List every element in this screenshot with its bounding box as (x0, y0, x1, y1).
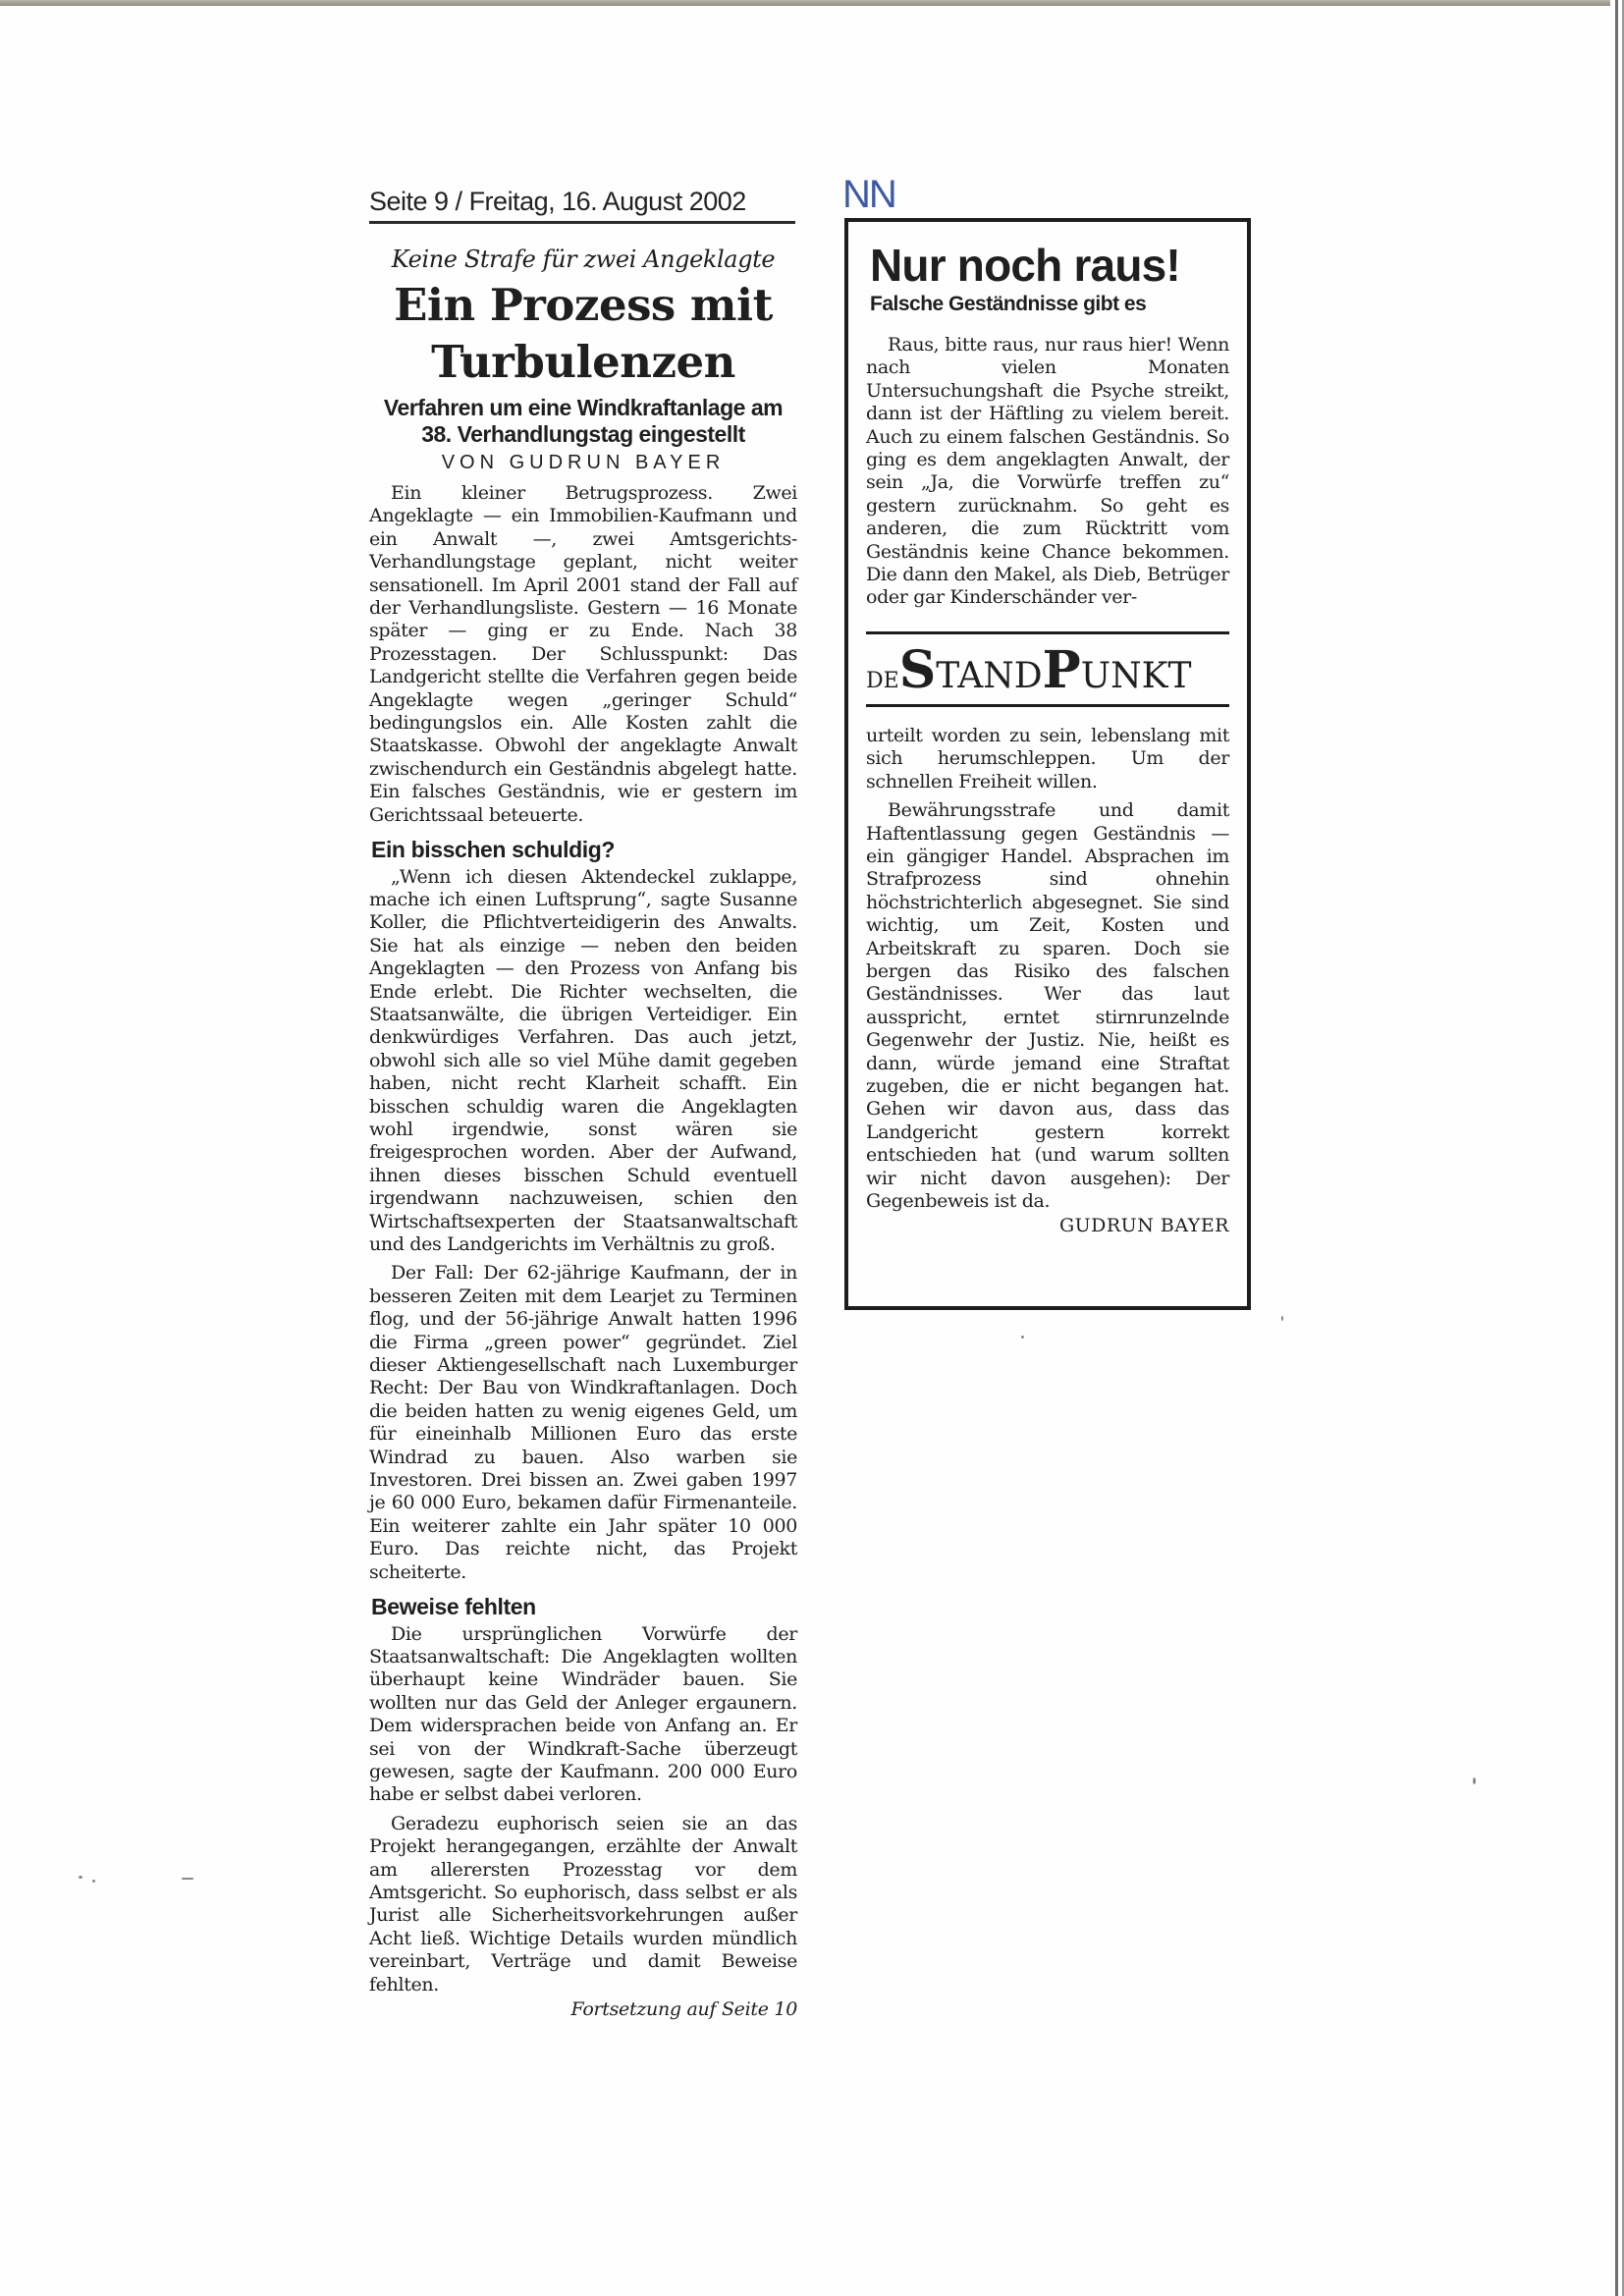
standpunkt-logo: DESTANDPUNKT (866, 631, 1229, 707)
commentary-signature: GUDRUN BAYER (866, 1215, 1229, 1236)
scan-speck (92, 1880, 95, 1883)
paragraph: „Wenn ich diesen Aktendeckel zuklappe, m… (369, 866, 797, 1257)
scan-right-edge (1615, 0, 1618, 2296)
article-kicker: Keine Strafe für zwei Angeklagte (369, 246, 797, 273)
paragraph: urteilt worden zu sein, lebenslang mit s… (866, 725, 1229, 793)
scan-speck (1021, 1336, 1024, 1339)
article-subheadline: Verfahren um eine Windkraftanlage am 38.… (369, 395, 797, 448)
main-article: Seite 9 / Freitag, 16. August 2002 Keine… (369, 187, 797, 2020)
commentary-body-continued: urteilt worden zu sein, lebenslang mit s… (866, 725, 1229, 1214)
paragraph: Raus, bitte raus, nur raus hier! Wenn na… (866, 334, 1229, 610)
paragraph: Die ursprünglichen Vorwürfe der Staatsan… (369, 1623, 797, 1807)
commentary-title: Nur noch raus! (870, 240, 1229, 291)
logo-prefix: DE (866, 669, 899, 693)
logo-letter-s: S (899, 640, 937, 700)
logo-letter-p: P (1043, 640, 1081, 700)
commentary-body: Raus, bitte raus, nur raus hier! Wenn na… (866, 334, 1229, 610)
logo-tand: TAND (936, 656, 1042, 696)
article-byline: VON GUDRUN BAYER (369, 452, 797, 474)
section-heading: Beweise fehlten (371, 1596, 797, 1618)
continuation-note: Fortsetzung auf Seite 10 (369, 1998, 797, 2020)
logo-unkt: UNKT (1081, 656, 1192, 696)
scan-speck (1281, 1316, 1283, 1321)
page-header: Seite 9 / Freitag, 16. August 2002 (369, 187, 795, 224)
scan-speck (79, 1876, 82, 1879)
article-body: Ein kleiner Betrugsprozess. Zwei Angekla… (369, 482, 797, 1996)
commentary-box: Nur noch raus! Falsche Geständnisse gibt… (844, 218, 1251, 1310)
paragraph: Ein kleiner Betrugsprozess. Zwei Angekla… (369, 482, 797, 827)
commentary-subtitle: Falsche Geständnisse gibt es (870, 293, 1229, 316)
paragraph: Bewährungsstrafe und damit Haftentlassun… (866, 799, 1229, 1213)
paragraph: Der Fall: Der 62-jährige Kaufmann, der i… (369, 1262, 797, 1584)
article-headline: Ein Prozess mit Turbulenzen (369, 277, 797, 391)
handwritten-note: NN (842, 173, 895, 217)
scan-speck (182, 1878, 193, 1880)
scan-speck (1473, 1777, 1476, 1784)
paragraph: Geradezu euphorisch seien sie an das Pro… (369, 1813, 797, 1996)
scan-top-edge (0, 0, 1610, 6)
section-heading: Ein bisschen schuldig? (371, 839, 797, 861)
